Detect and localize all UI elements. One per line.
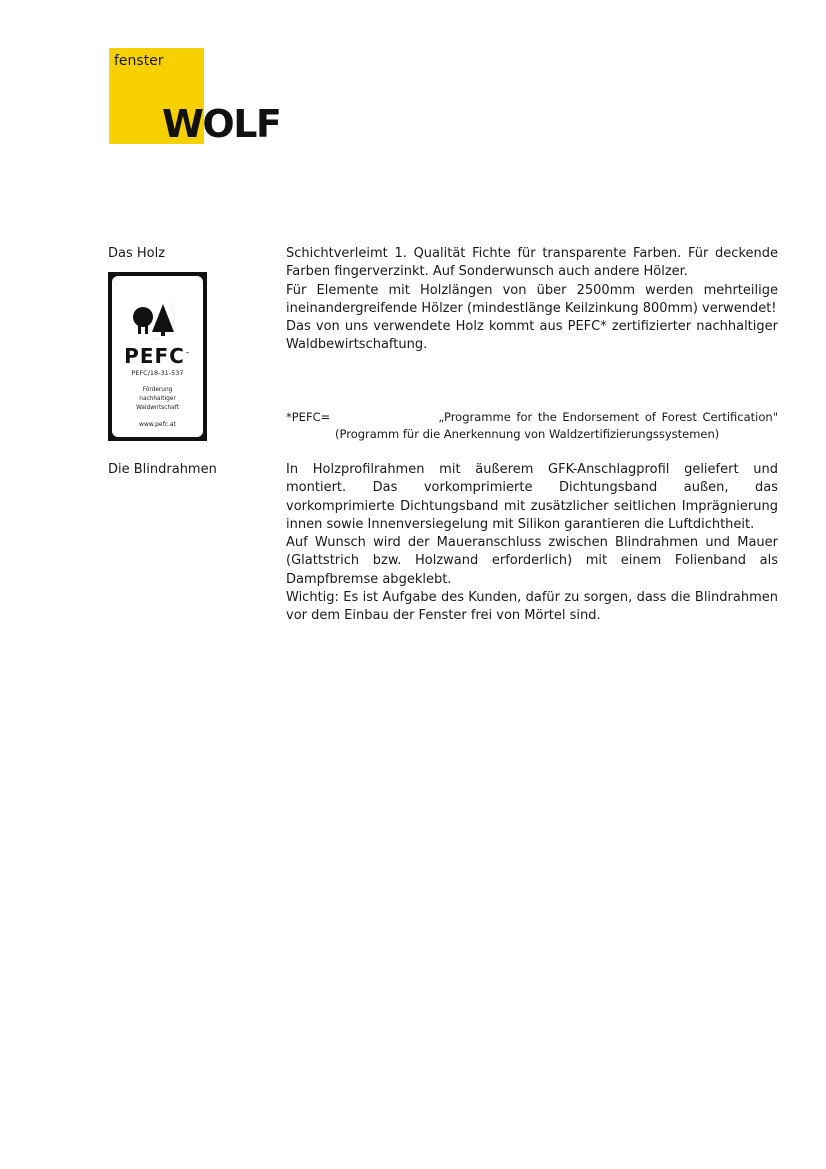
paragraph: Für Elemente mit Holzlängen von über 250… — [286, 282, 778, 319]
section-label-blindrahmen: Die Blindrahmen — [108, 461, 217, 479]
section-body-blindrahmen: In Holzprofilrahmen mit äußerem GFK-Ansc… — [286, 461, 778, 626]
logo-wolf-text: WOLF — [162, 104, 280, 144]
pefc-tagline-line-2: nachhaltiger — [112, 395, 203, 404]
paragraph: Wichtig: Es ist Aufgabe des Kunden, dafü… — [286, 589, 778, 626]
section-label-holz: Das Holz — [108, 245, 165, 263]
pefc-trademark: ™ — [185, 351, 191, 357]
paragraph: Auf Wunsch wird der Maueranschluss zwisc… — [286, 534, 778, 589]
pefc-wordmark-text: PEFC — [124, 344, 185, 368]
section-body-holz: Schichtverleimt 1. Qualität Fichte für t… — [286, 245, 778, 355]
pefc-logo-panel: PEFC™ PEFC/18-31-537 Förderung nachhalti… — [112, 276, 203, 437]
pefc-trees-icon — [126, 298, 190, 344]
company-logo: fenster WOLF — [109, 48, 277, 145]
pefc-wordmark: PEFC™ — [112, 344, 203, 368]
pefc-certification-logo: PEFC™ PEFC/18-31-537 Förderung nachhalti… — [108, 272, 207, 441]
paragraph: Das von uns verwendete Holz kommt aus PE… — [286, 318, 778, 355]
pefc-tagline-line-1: Förderung — [112, 386, 203, 395]
pefc-code: PEFC/18-31-537 — [112, 369, 203, 377]
pefc-footnote: *PEFC= „Programme for the Endorsement of… — [286, 409, 778, 443]
paragraph: In Holzprofilrahmen mit äußerem GFK-Ansc… — [286, 461, 778, 534]
footnote-definition: *PEFC= „Programme for the Endorsement of… — [286, 409, 778, 426]
pefc-url: www.pefc.at — [112, 421, 203, 428]
pefc-tagline-line-3: Waldwirtschaft — [112, 404, 203, 413]
footnote-key: *PEFC= — [286, 409, 330, 426]
paragraph: Schichtverleimt 1. Qualität Fichte für t… — [286, 245, 778, 282]
pefc-tagline: Förderung nachhaltiger Waldwirtschaft — [112, 386, 203, 413]
logo-fenster-text: fenster — [114, 53, 164, 69]
footnote-value: „Programme for the Endorsement of Forest… — [438, 409, 778, 426]
footnote-translation: (Programm für die Anerkennung von Waldze… — [286, 426, 778, 443]
